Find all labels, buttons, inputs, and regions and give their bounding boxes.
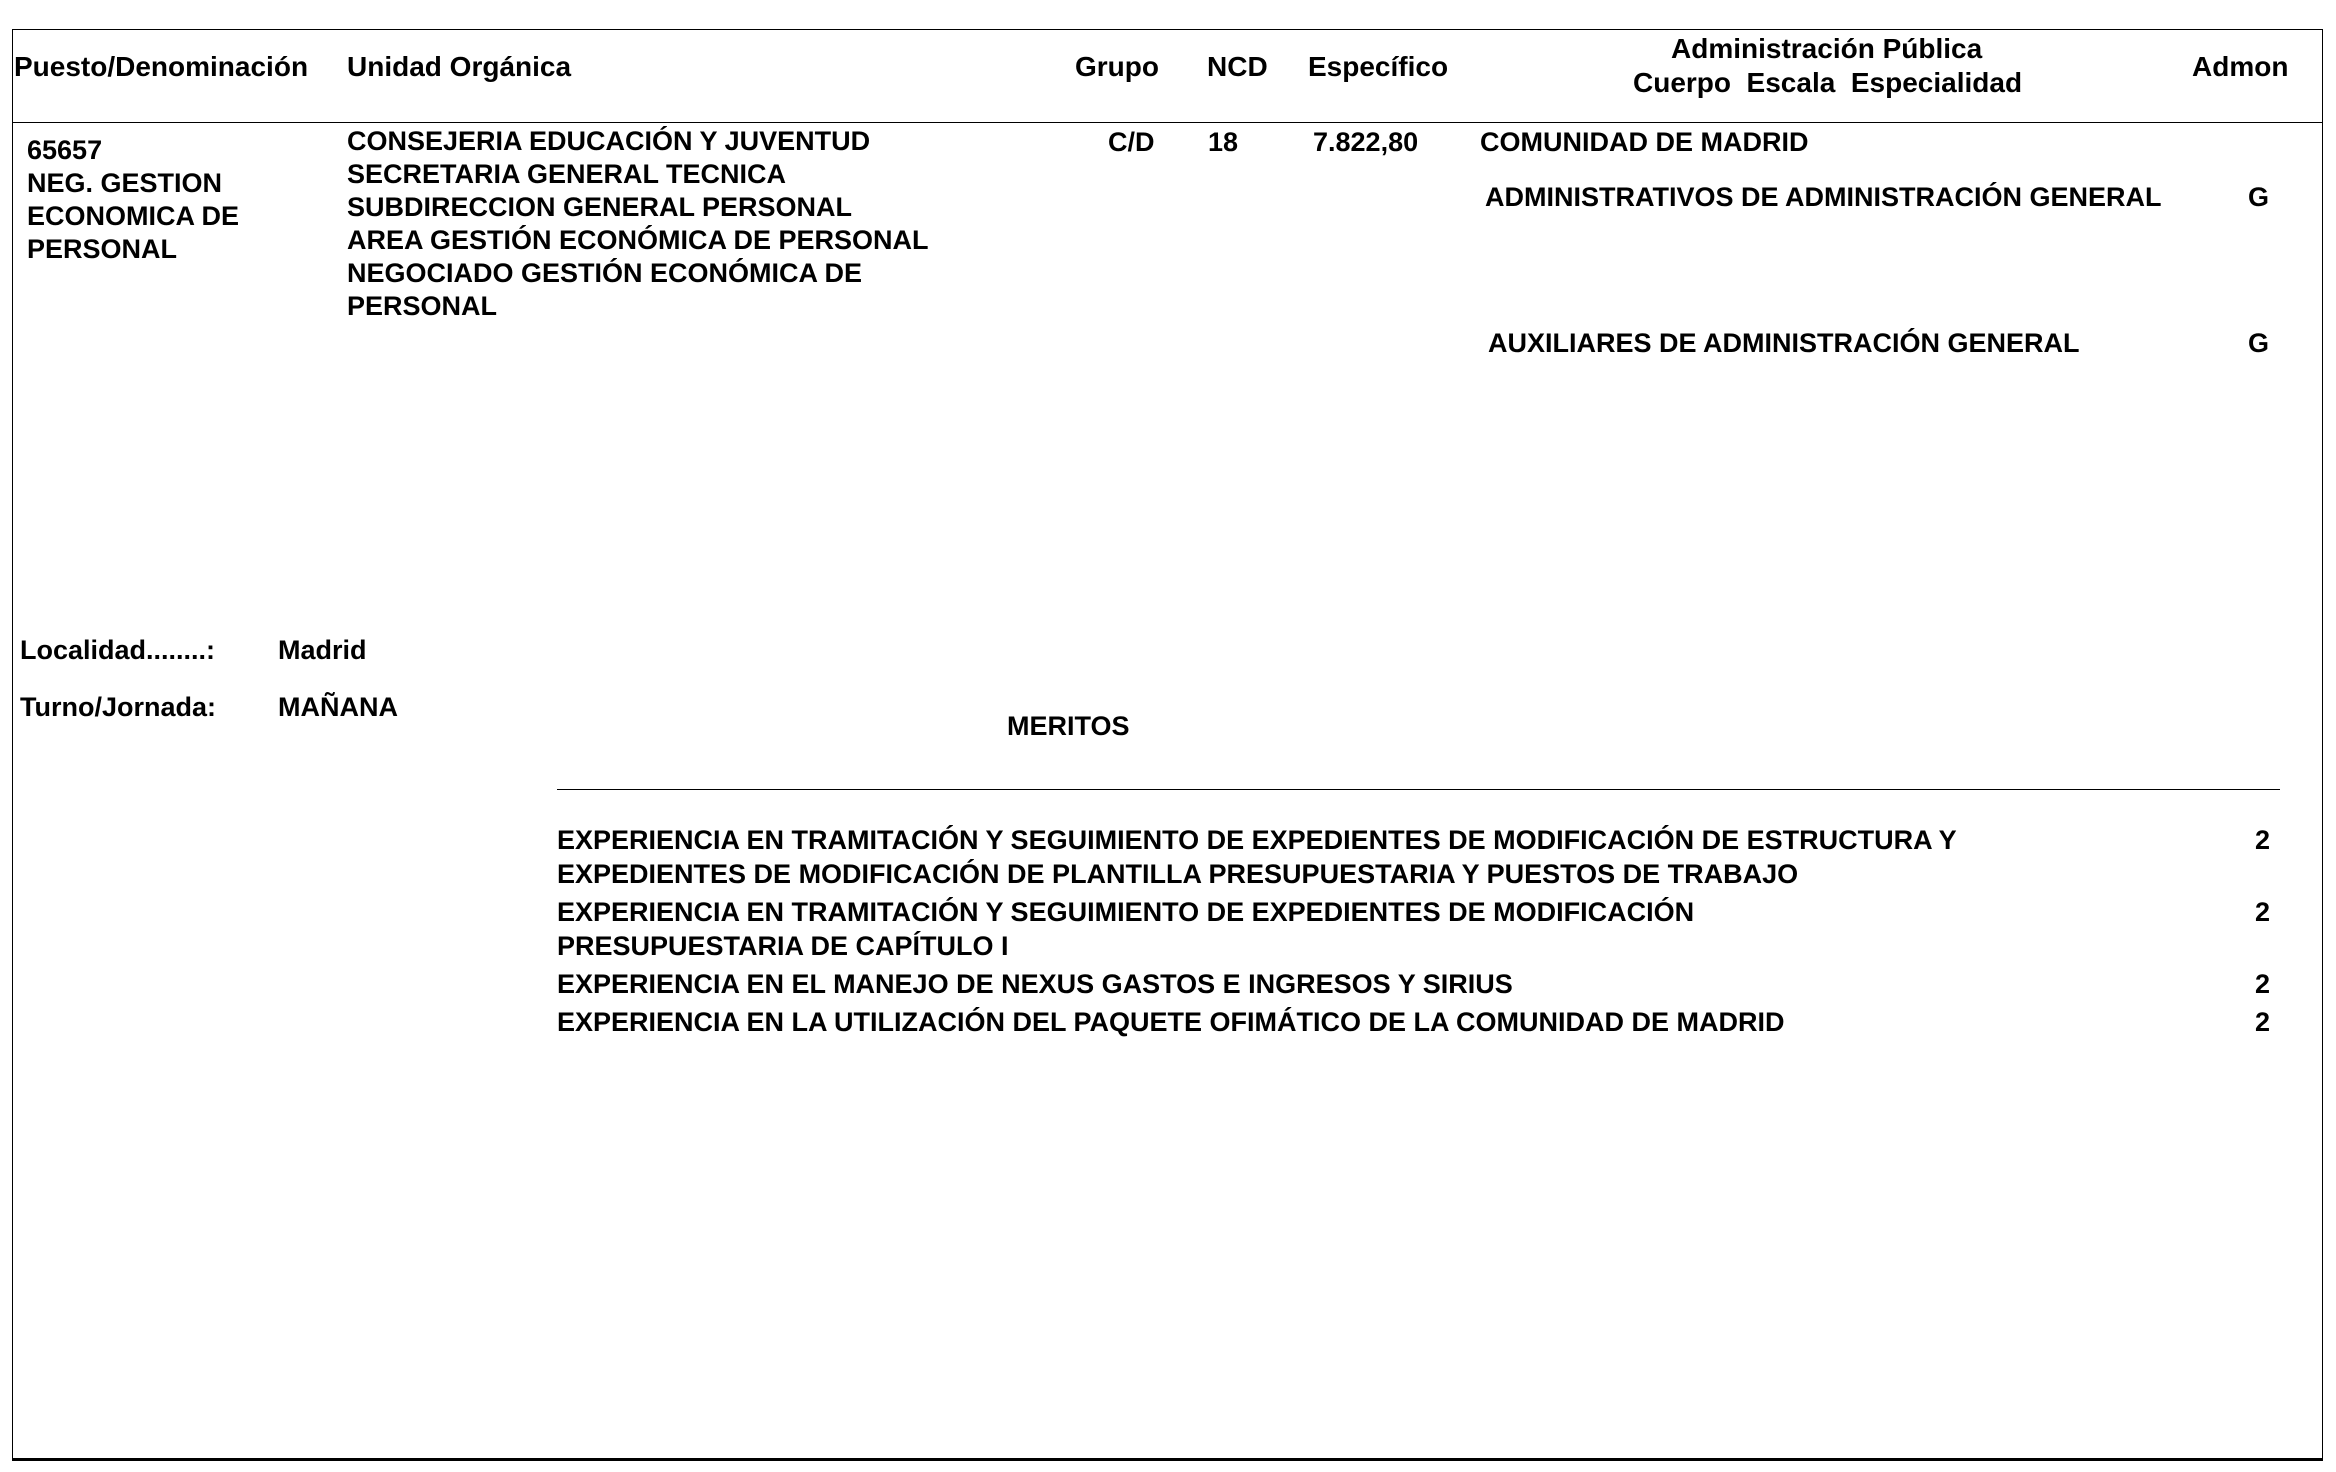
header-especifico: Específico: [1308, 53, 1448, 81]
puesto-codigo: 65657: [27, 134, 239, 167]
unidad-line: CONSEJERIA EDUCACIÓN Y JUVENTUD: [347, 125, 929, 158]
merito-puntos: 2: [2255, 823, 2270, 857]
grupo-value: C/D: [1108, 129, 1155, 156]
cuerpo-2-admon: G: [2248, 330, 2269, 357]
merito-item: EXPERIENCIA EN TRAMITACIÓN Y SEGUIMIENTO…: [557, 895, 2257, 963]
unidad-line: SECRETARIA GENERAL TECNICA: [347, 158, 929, 191]
ncd-value: 18: [1208, 129, 1238, 156]
cuerpo-1-admon: G: [2248, 184, 2269, 211]
denominacion-line: PERSONAL: [27, 233, 239, 266]
merito-item: EXPERIENCIA EN EL MANEJO DE NEXUS GASTOS…: [557, 967, 2257, 1001]
puesto-cell: 65657 NEG. GESTIONECONOMICA DEPERSONAL: [27, 134, 239, 266]
merito-puntos: 2: [2255, 1005, 2270, 1039]
merito-item: EXPERIENCIA EN TRAMITACIÓN Y SEGUIMIENTO…: [557, 823, 2257, 891]
unidad-line: AREA GESTIÓN ECONÓMICA DE PERSONAL: [347, 224, 929, 257]
localidad-label: Localidad........:: [20, 637, 215, 664]
header-grupo: Grupo: [1075, 53, 1159, 81]
administracion-value: COMUNIDAD DE MADRID: [1480, 129, 1808, 156]
header-ncd: NCD: [1207, 53, 1268, 81]
turno-value: MAÑANA: [278, 694, 398, 721]
cuerpo-2: AUXILIARES DE ADMINISTRACIÓN GENERAL: [1488, 330, 2080, 357]
merito-text: EXPERIENCIA EN TRAMITACIÓN Y SEGUIMIENTO…: [557, 823, 2257, 891]
merito-text: EXPERIENCIA EN TRAMITACIÓN Y SEGUIMIENTO…: [557, 895, 2257, 963]
header-admon: Admon: [2192, 53, 2288, 81]
cuerpo-1: ADMINISTRATIVOS DE ADMINISTRACIÓN GENERA…: [1485, 184, 2162, 211]
especifico-value: 7.822,80: [1313, 129, 1418, 156]
header-admin-publica: Administración Pública: [1671, 35, 1982, 63]
unidad-line: NEGOCIADO GESTIÓN ECONÓMICA DE: [347, 257, 929, 290]
merito-item: EXPERIENCIA EN LA UTILIZACIÓN DEL PAQUET…: [557, 1005, 2257, 1039]
merito-puntos: 2: [2255, 895, 2270, 929]
unidad-organica: CONSEJERIA EDUCACIÓN Y JUVENTUDSECRETARI…: [347, 125, 929, 323]
localidad-value: Madrid: [278, 637, 367, 664]
unidad-line: PERSONAL: [347, 290, 929, 323]
header-divider: [12, 122, 2323, 123]
header-unidad: Unidad Orgánica: [347, 53, 571, 81]
merito-text: EXPERIENCIA EN EL MANEJO DE NEXUS GASTOS…: [557, 967, 2257, 1001]
puesto-denominacion: NEG. GESTIONECONOMICA DEPERSONAL: [27, 167, 239, 266]
merito-text: EXPERIENCIA EN LA UTILIZACIÓN DEL PAQUET…: [557, 1005, 2257, 1039]
denominacion-line: NEG. GESTION: [27, 167, 239, 200]
meritos-title: MERITOS: [1007, 713, 1130, 740]
merito-puntos: 2: [2255, 967, 2270, 1001]
meritos-divider: [557, 789, 2280, 790]
turno-label: Turno/Jornada:: [20, 694, 216, 721]
denominacion-line: ECONOMICA DE: [27, 200, 239, 233]
header-puesto: Puesto/Denominación: [14, 53, 308, 81]
unidad-line: SUBDIRECCION GENERAL PERSONAL: [347, 191, 929, 224]
header-cuerpo-escala-especialidad: Cuerpo Escala Especialidad: [1633, 69, 2022, 97]
